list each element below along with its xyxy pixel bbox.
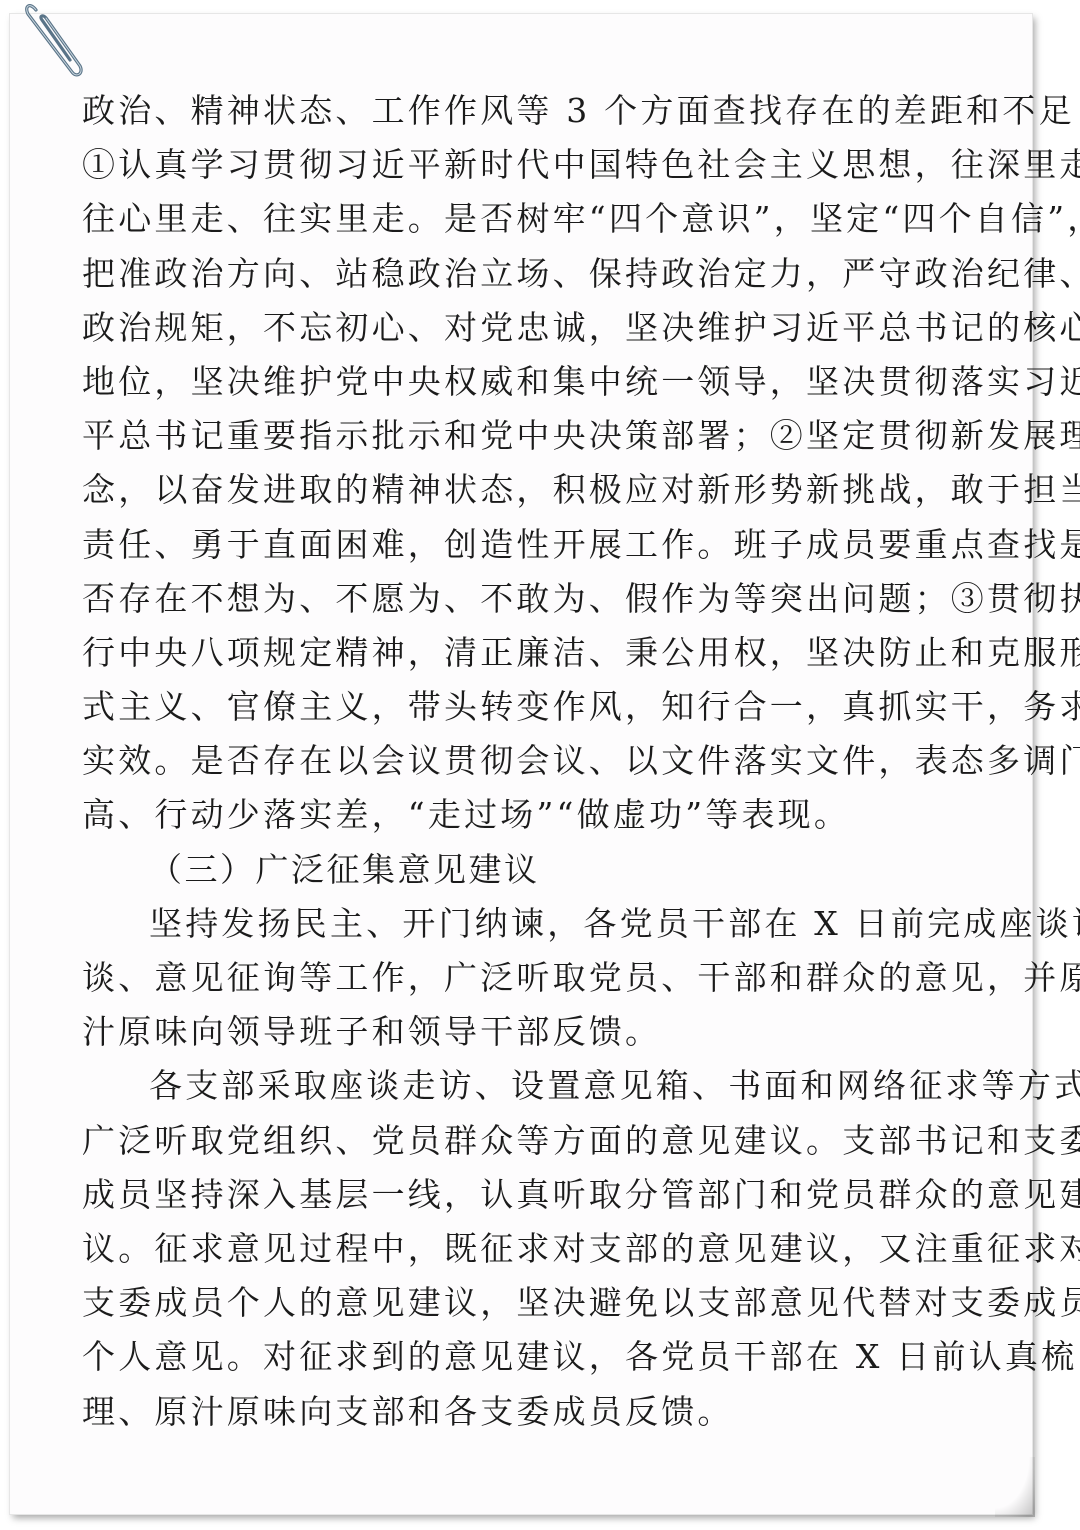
text-line: 否存在不想为、不愿为、不敢为、假作为等突出问题；③贯彻执: [82, 572, 1042, 626]
text-line: ①认真学习贯彻习近平新时代中国特色社会主义思想，往深里走、: [82, 138, 1042, 192]
text-line: 地位，坚决维护党中央权威和集中统一领导，坚决贯彻落实习近: [82, 355, 1042, 409]
text-line: 政治规矩，不忘初心、对党忠诚，坚决维护习近平总书记的核心: [82, 301, 1042, 355]
text-line: 责任、勇于直面困难，创造性开展工作。班子成员要重点查找是: [82, 518, 1042, 572]
text-line: 念，以奋发进取的精神状态，积极应对新形势新挑战，敢于担当: [82, 463, 1042, 517]
paragraph-start-line: 各支部采取座谈走访、设置意见箱、书面和网络征求等方式，: [82, 1059, 1042, 1113]
text-line: 行中央八项规定精神，清正廉洁、秉公用权，坚决防止和克服形: [82, 626, 1042, 680]
text-line: 把准政治方向、站稳政治立场、保持政治定力，严守政治纪律、: [82, 247, 1042, 301]
section-heading: （三）广泛征集意见建议: [82, 843, 1042, 897]
text-line: 理、原汁原味向支部和各支委成员反馈。: [82, 1385, 1042, 1439]
text-line: 议。征求意见过程中，既征求对支部的意见建议，又注重征求对: [82, 1222, 1042, 1276]
document-body: 政治、精神状态、工作作风等 3 个方面查找存在的差距和不足： ①认真学习贯彻习近…: [82, 84, 1042, 1439]
text-line: 汁原味向领导班子和领导干部反馈。: [82, 1005, 1042, 1059]
text-line: 广泛听取党组织、党员群众等方面的意见建议。支部书记和支委: [82, 1114, 1042, 1168]
text-line: 支委成员个人的意见建议，坚决避免以支部意见代替对支委成员: [82, 1276, 1042, 1330]
text-line: 谈、意见征询等工作，广泛听取党员、干部和群众的意见，并原: [82, 951, 1042, 1005]
text-line: 高、行动少落实差，“走过场”“做虚功”等表现。: [82, 788, 1042, 842]
text-line: 成员坚持深入基层一线，认真听取分管部门和党员群众的意见建: [82, 1168, 1042, 1222]
paperclip-icon: [22, 0, 92, 80]
text-line: 式主义、官僚主义，带头转变作风，知行合一，真抓实干，务求: [82, 680, 1042, 734]
text-line: 往心里走、往实里走。是否树牢“四个意识”，坚定“四个自信”，: [82, 192, 1042, 246]
text-line: 政治、精神状态、工作作风等 3 个方面查找存在的差距和不足：: [82, 84, 1042, 138]
paragraph-start-line: 坚持发扬民主、开门纳谏，各党员干部在 X 日前完成座谈访: [82, 897, 1042, 951]
text-line: 平总书记重要指示批示和党中央决策部署；②坚定贯彻新发展理: [82, 409, 1042, 463]
text-line: 实效。是否存在以会议贯彻会议、以文件落实文件，表态多调门: [82, 734, 1042, 788]
document-page: 政治、精神状态、工作作风等 3 个方面查找存在的差距和不足： ①认真学习贯彻习近…: [10, 14, 1032, 1514]
text-line: 个人意见。对征求到的意见建议，各党员干部在 X 日前认真梳: [82, 1330, 1042, 1384]
